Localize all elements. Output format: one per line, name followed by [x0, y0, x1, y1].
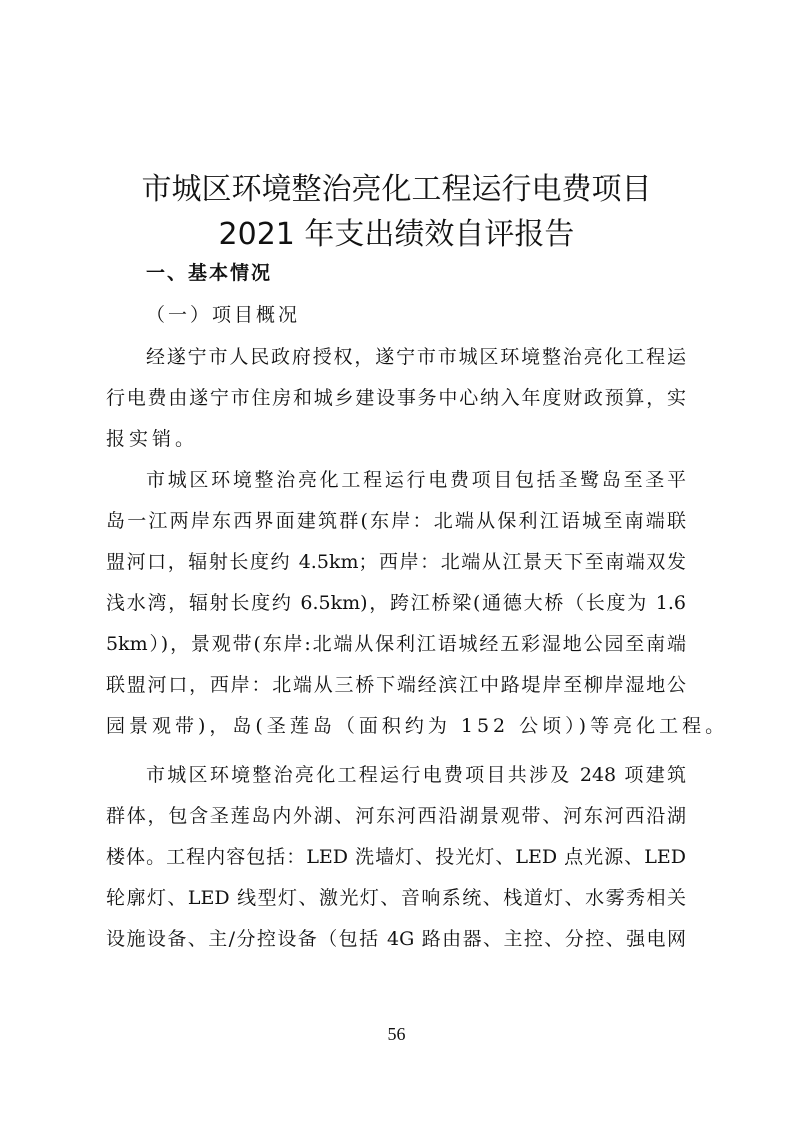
paragraph-3-line: 群体，包含圣莲岛内外湖、河东河西沿湖景观带、河东河西沿湖	[106, 801, 686, 831]
paragraph-2-line: 岛一江两岸东西界面建筑群(东岸：北端从保利江语城至南端联	[106, 506, 686, 536]
paragraph-1-line: 行电费由遂宁市住房和城乡建设事务中心纳入年度财政预算，实	[106, 383, 686, 413]
paragraph-2-line: 盟河口，辐射长度约 4.5km；西岸：北端从江景天下至南端双发	[106, 547, 686, 577]
section-heading: 一、基本情况	[146, 258, 272, 288]
page-number: 56	[0, 1022, 793, 1046]
document-title-line-2: 2021 年支出绩效自评报告	[0, 215, 793, 255]
paragraph-2-line: 市城区环境整治亮化工程运行电费项目包括圣鹭岛至圣平	[146, 465, 686, 495]
paragraph-3-line: 轮廓灯、LED 线型灯、激光灯、音响系统、栈道灯、水雾秀相关	[106, 883, 686, 913]
paragraph-3-line: 楼体。工程内容包括：LED 洗墙灯、投光灯、LED 点光源、LED	[106, 842, 686, 872]
document-title-line-1: 市城区环境整治亮化工程运行电费项目	[0, 170, 793, 210]
paragraph-3-line: 设施设备、主/分控设备（包括 4G 路由器、主控、分控、强电网	[106, 924, 686, 954]
paragraph-2-line: 园景观带)，岛(圣莲岛（面积约为 152 公顷）)等亮化工程。	[106, 711, 686, 741]
subsection-heading: （一）项目概况	[146, 300, 300, 330]
paragraph-2-line: 5km）)，景观带(东岸:北端从保利江语城经五彩湿地公园至南端	[106, 629, 686, 659]
paragraph-3-line: 市城区环境整治亮化工程运行电费项目共涉及 248 项建筑	[146, 760, 686, 790]
paragraph-2-line: 联盟河口，西岸：北端从三桥下端经滨江中路堤岸至柳岸湿地公	[106, 670, 686, 700]
document-page: 市城区环境整治亮化工程运行电费项目 2021 年支出绩效自评报告 一、基本情况 …	[0, 0, 793, 1122]
paragraph-2-line: 浅水湾，辐射长度约 6.5km)，跨江桥梁(通德大桥（长度为 1.6	[106, 588, 686, 618]
paragraph-1-line: 报实销。	[106, 424, 686, 454]
paragraph-1-line: 经遂宁市人民政府授权，遂宁市市城区环境整治亮化工程运	[146, 342, 686, 372]
